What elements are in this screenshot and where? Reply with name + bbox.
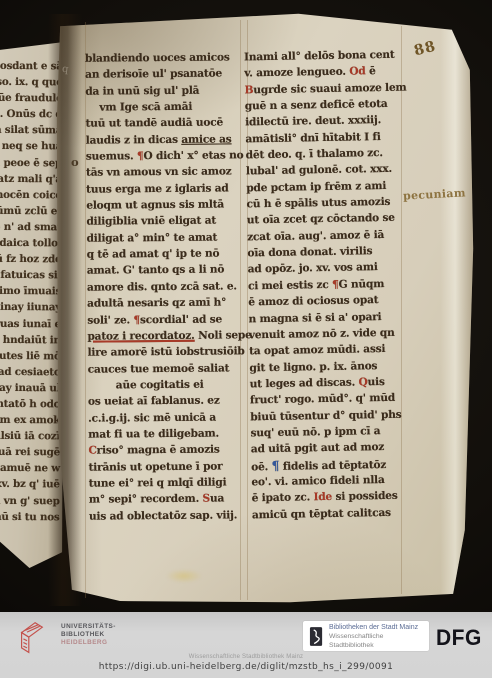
ub-text-line2: BIBLIOTHEK [61, 631, 116, 639]
screenshot-root: dm osdant e sādē. so. ix. q queamūe frau… [0, 0, 492, 678]
manuscript-line: oē. ¶ fidelis ad tēptatōz [251, 455, 409, 474]
manuscript-line: xxv. bz q' iuē [0, 476, 60, 493]
ub-text-line3: HEIDELBERG [61, 639, 116, 647]
book-icon [309, 626, 324, 647]
manuscript-line: patoz i recordatoz. Noli sepe [87, 327, 243, 345]
parchment-stain [158, 566, 210, 586]
manuscript-line: ihū si tu nos [0, 508, 59, 525]
manuscript-line: ci mei estis zc ¶G nūqm [248, 275, 406, 294]
manuscript-line: q tē ad amat q' ip te nō [87, 245, 243, 263]
manuscript-line: n vn g' suep [0, 492, 60, 509]
manuscript-line: ic sūmū zclū et [0, 203, 62, 220]
library-caption: Wissenschaftliche Stadtbibliothek Mainz [0, 654, 492, 660]
manuscript-line: aty fatuicas sii [0, 267, 61, 284]
mainz-library-text: Bibliotheken der Stadt Mainz Wissenschaf… [329, 623, 429, 650]
manuscript-line: tirānis ut opetune ī por [89, 458, 245, 476]
ub-text-line1: UNIVERSITÄTS- [61, 623, 116, 631]
manuscript-line: ue. Onūs dc q [0, 106, 62, 123]
manuscript-photo: dm osdant e sādē. so. ix. q queamūe frau… [0, 0, 492, 612]
manuscript-line: laudis z in dicas amice as [86, 131, 242, 149]
gutter-pencil-mark: q [61, 64, 69, 76]
manuscript-line: zcat oīa. aug'. amoz ē iā [247, 226, 405, 245]
manuscript-line: fz oze n' ad smat [0, 219, 62, 236]
manuscript-line: puro ad cesiaeto [0, 363, 60, 380]
manuscript-line: adultā nesaris qz amī h° [87, 294, 243, 312]
manuscript-line: q mlsiū iā cozī [0, 428, 60, 445]
manuscript-line: tū peoe ē sep [0, 154, 62, 171]
manuscript-line: ze uā rei sugē [0, 444, 60, 461]
manuscript-line: mat fi ua te diligebam. [88, 425, 244, 443]
manuscript-line: uq' hndaiūt in [0, 331, 61, 348]
manuscript-line: tās vn amous vn sic amoz [86, 164, 242, 182]
manuscript-line: ae' imo īmuais [0, 283, 61, 300]
manuscript-line: ni inocēn coicē [0, 186, 62, 203]
manuscript-line: s n silat sūmā [0, 122, 62, 139]
manuscript-line: entatō h odo [0, 396, 60, 413]
manuscript-line: amūe fraudulē [0, 90, 62, 107]
manuscript-line: scaeutes liē mō [0, 347, 61, 364]
manuscript-line: tuus erga me z iglaris ad [86, 180, 242, 198]
left-text-column: blandiendo uoces amicosan derisoīe ul' p… [85, 49, 245, 524]
manuscript-line: m° sepi° recordem. Sua [89, 491, 245, 509]
manuscript-line: tune ei° rei q mlqī diligi [89, 474, 245, 492]
manuscript-line: os ueiat aī fablanus. ez [88, 393, 244, 411]
manuscript-line: e cū fz hoz zde [0, 251, 61, 268]
source-url: https://digi.ub.uni-heidelberg.de/diglit… [0, 662, 492, 672]
manuscript-line: ē dinay iiunay [0, 299, 61, 316]
manuscript-line: dm osdant e sā [0, 58, 63, 75]
manuscript-line: Criso° magna ē amozis [88, 442, 244, 460]
ub-heidelberg-text: UNIVERSITÄTS- BIBLIOTHEK HEIDELBERG [61, 623, 116, 647]
manuscript-line: soli' ze. ¶scordial' ad se [87, 311, 243, 329]
ub-heidelberg-logo-icon [18, 620, 54, 656]
manuscript-line: suemus. ¶O dich' x° etas no [86, 147, 242, 165]
manuscript-line: cauces tue memoē saliat [88, 360, 244, 378]
manuscript-line: diligat a° min° te amat [87, 229, 243, 247]
manuscript-line: .c.i.g.ij. sic mē unicā a [88, 409, 244, 427]
manuscript-line: tuū ut tandē audiā uocē [86, 115, 242, 133]
manuscript-line: vm Ige scā amāi [85, 98, 241, 116]
manuscript-line: destruas iunaī e [0, 315, 61, 332]
manuscript-line: uis ad oblectatōz sap. viij. [89, 507, 245, 525]
manuscript-line: o. em ex amok [0, 412, 60, 429]
footer-bar: UNIVERSITÄTS- BIBLIOTHEK HEIDELBERG Bibl… [0, 612, 492, 678]
manuscript-line: q latz mali q'a [0, 170, 62, 187]
manuscript-line: e q neq se huā [0, 138, 62, 155]
manuscript-line: amat. G' tanto qs a li nō [87, 262, 243, 280]
manuscript-line: aūe cogitatis ei [88, 376, 244, 394]
manuscript-line: amore dis. qnto zcā sat. e. [87, 278, 243, 296]
facing-page-edge: dm osdant e sādē. so. ix. q queamūe frau… [0, 42, 64, 568]
manuscript-line: da in unū sig ul' plā [85, 82, 241, 100]
manuscript-line: lire amorē istū iobstrusiōib [88, 344, 244, 362]
margin-nota-mark: o [71, 155, 79, 169]
manuscript-line: an derisoīe ul' psanatōe [85, 66, 241, 84]
manuscript-line: dē. so. ix. q que [0, 74, 63, 91]
manuscript-line: ey' amuē ne w [0, 460, 60, 477]
manuscript-line: zmdaica tollo: [0, 235, 61, 252]
manuscript-line: Inami all° delōs bona cent [244, 47, 402, 66]
manuscript-line: blandiendo uoces amicos [85, 49, 241, 67]
manuscript-line: amicū qn tēptat calitcas [252, 504, 410, 523]
facing-page-text: dm osdant e sādē. so. ix. q queamūe frau… [0, 58, 63, 525]
ub-heidelberg-logo: UNIVERSITÄTS- BIBLIOTHEK HEIDELBERG [18, 620, 116, 656]
mainz-library-logo: Bibliotheken der Stadt Mainz Wissenschaf… [303, 621, 429, 651]
manuscript-line: eloqm ut agnus sis mltā [86, 196, 242, 214]
manuscript-line: ta opat amoz mūdi. assi [249, 341, 407, 360]
mainz-text-line2: Wissenschaftliche Stadtbibliothek [329, 632, 429, 650]
manuscript-line: biuū tūsentur d° quid' phs [250, 406, 408, 425]
manuscript-line: sūmay inauā ul [0, 380, 60, 397]
mainz-text-line1: Bibliotheken der Stadt Mainz [329, 623, 429, 632]
right-text-column: Inami all° delōs bona centv. amoze lengu… [244, 47, 410, 524]
manuscript-line: diligiblia vniē eligat at [86, 213, 242, 231]
dfg-logo: DFG [436, 627, 482, 652]
